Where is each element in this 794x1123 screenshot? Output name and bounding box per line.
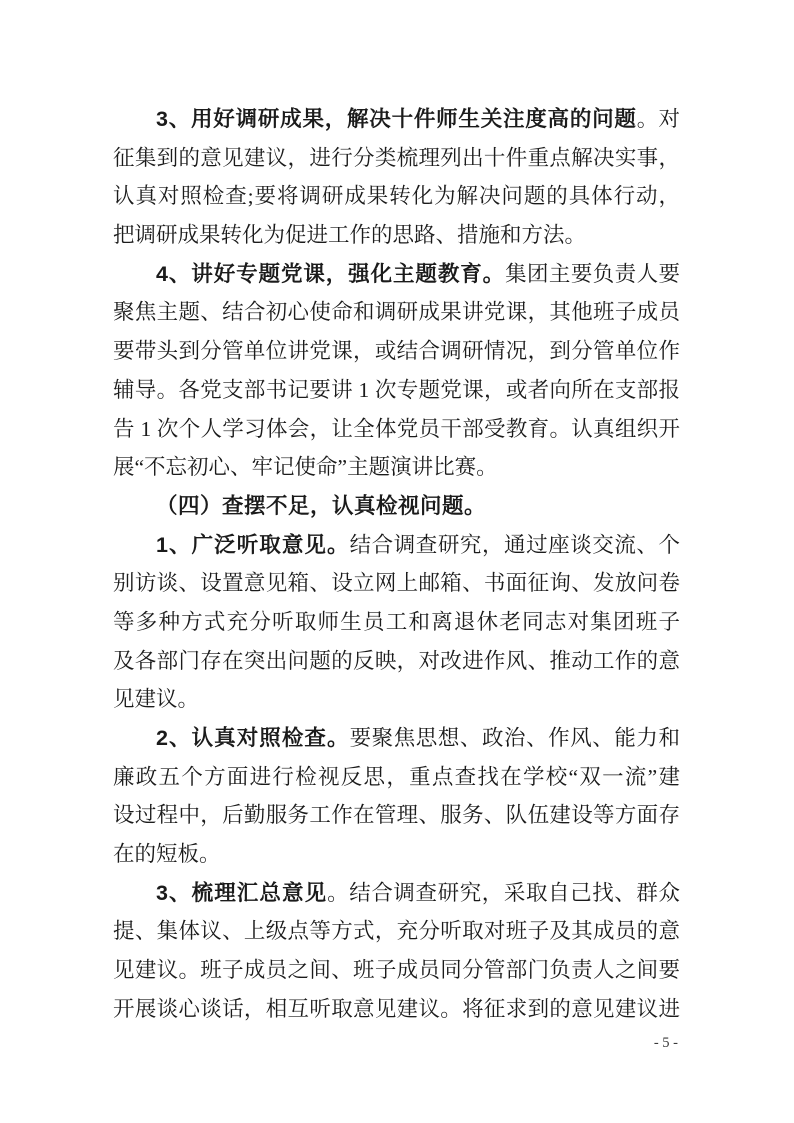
text-line: 征集到的意见建议，进行分类梳理列出十件重点解决实事，	[113, 139, 680, 178]
text-segment-bold: 4、讲好专题党课，强化主题教育。	[156, 262, 505, 286]
text-segment: 在的短板。	[113, 842, 221, 866]
paragraph: 1、广泛听取意见。结合调查研究，通过座谈交流、个别访谈、设置意见箱、设立网上邮箱…	[113, 526, 680, 719]
text-segment: 要带头到分管单位讲党课，或结合调研情况，到分管单位作	[113, 339, 680, 363]
text-line: 4、讲好专题党课，强化主题教育。集团主要负责人要	[113, 255, 680, 294]
text-segment: 集团主要负责人要	[505, 262, 680, 286]
text-segment: 见建议。	[113, 687, 199, 711]
text-line: 认真对照检查;要将调研成果转化为解决问题的具体行动，	[113, 177, 680, 216]
text-segment: 别访谈、设置意见箱、设立网上邮箱、书面征询、发放问卷	[113, 571, 680, 595]
text-line: 在的短板。	[113, 835, 680, 874]
document-body: 3、用好调研成果，解决十件师生关注度高的问题。对征集到的意见建议，进行分类梳理列…	[113, 100, 680, 1029]
text-line: 把调研成果转化为促进工作的思路、措施和方法。	[113, 216, 680, 255]
text-line: 2、认真对照检查。要聚焦思想、政治、作风、能力和	[113, 719, 680, 758]
text-segment: 把调研成果转化为促进工作的思路、措施和方法。	[113, 223, 586, 247]
text-segment: 见建议。班子成员之间、班子成员同分管部门负责人之间要	[113, 958, 680, 982]
text-line: 提、集体议、上级点等方式，充分听取对班子及其成员的意	[113, 912, 680, 951]
text-segment: 征集到的意见建议，进行分类梳理列出十件重点解决实事，	[113, 146, 680, 170]
text-line: 及各部门存在突出问题的反映，对改进作风、推动工作的意	[113, 642, 680, 681]
text-segment: 结合调查研究，通过座谈交流、个	[350, 533, 680, 557]
text-line: 见建议。	[113, 680, 680, 719]
text-line: 见建议。班子成员之间、班子成员同分管部门负责人之间要	[113, 951, 680, 990]
text-segment: 设过程中，后勤服务工作在管理、服务、队伍建设等方面存	[113, 803, 680, 827]
text-line: 等多种方式充分听取师生员工和离退休老同志对集团班子	[113, 603, 680, 642]
text-line: 展“不忘初心、牢记使命”主题演讲比赛。	[113, 448, 680, 487]
paragraph: 4、讲好专题党课，强化主题教育。集团主要负责人要聚焦主题、结合初心使命和调研成果…	[113, 255, 680, 487]
text-segment-bold: 3、梳理汇总意见	[156, 881, 327, 905]
text-segment: 认真对照检查;要将调研成果转化为解决问题的具体行动，	[113, 184, 680, 208]
text-segment-bold: （四）查摆不足，认真检视问题。	[156, 494, 486, 518]
text-segment: 要聚焦思想、政治、作风、能力和	[350, 726, 680, 750]
paragraph: 2、认真对照检查。要聚焦思想、政治、作风、能力和廉政五个方面进行检视反思，重点查…	[113, 719, 680, 874]
text-line: 要带头到分管单位讲党课，或结合调研情况，到分管单位作	[113, 332, 680, 371]
text-line: 3、用好调研成果，解决十件师生关注度高的问题。对	[113, 100, 680, 139]
text-segment: 廉政五个方面进行检视反思，重点查找在学校“双一流”建	[113, 765, 680, 789]
text-line: 开展谈心谈话，相互听取意见建议。将征求到的意见建议进	[113, 990, 680, 1029]
text-segment: 。结合调查研究，采取自己找、群众	[327, 881, 680, 905]
text-line: 设过程中，后勤服务工作在管理、服务、队伍建设等方面存	[113, 796, 680, 835]
text-segment-bold: 1、广泛听取意见。	[156, 533, 350, 557]
text-line: 别访谈、设置意见箱、设立网上邮箱、书面征询、发放问卷	[113, 564, 680, 603]
text-segment: 告 1 次个人学习体会，让全体党员干部受教育。认真组织开	[113, 417, 680, 441]
text-segment: 展“不忘初心、牢记使命”主题演讲比赛。	[113, 455, 498, 479]
paragraph: 3、用好调研成果，解决十件师生关注度高的问题。对征集到的意见建议，进行分类梳理列…	[113, 100, 680, 255]
text-line: 辅导。各党支部书记要讲 1 次专题党课，或者向所在支部报	[113, 371, 680, 410]
text-segment: 辅导。各党支部书记要讲 1 次专题党课，或者向所在支部报	[113, 378, 680, 402]
paragraph: （四）查摆不足，认真检视问题。	[113, 487, 680, 526]
text-line: 告 1 次个人学习体会，让全体党员干部受教育。认真组织开	[113, 410, 680, 449]
text-segment: 。对	[637, 107, 680, 131]
text-line: 聚焦主题、结合初心使命和调研成果讲党课，其他班子成员	[113, 293, 680, 332]
document-page: 3、用好调研成果，解决十件师生关注度高的问题。对征集到的意见建议，进行分类梳理列…	[0, 0, 794, 1123]
text-line: 廉政五个方面进行检视反思，重点查找在学校“双一流”建	[113, 758, 680, 797]
text-segment: 开展谈心谈话，相互听取意见建议。将征求到的意见建议进	[113, 997, 680, 1021]
text-segment-bold: 3、用好调研成果，解决十件师生关注度高的问题	[156, 107, 637, 131]
text-line: 3、梳理汇总意见。结合调查研究，采取自己找、群众	[113, 874, 680, 913]
text-line: 1、广泛听取意见。结合调查研究，通过座谈交流、个	[113, 526, 680, 565]
text-segment: 提、集体议、上级点等方式，充分听取对班子及其成员的意	[113, 919, 680, 943]
text-segment: 聚焦主题、结合初心使命和调研成果讲党课，其他班子成员	[113, 300, 680, 324]
text-segment-bold: 2、认真对照检查。	[156, 726, 350, 750]
paragraph: 3、梳理汇总意见。结合调查研究，采取自己找、群众提、集体议、上级点等方式，充分听…	[113, 874, 680, 1029]
text-segment: 及各部门存在突出问题的反映，对改进作风、推动工作的意	[113, 649, 680, 673]
text-segment: 等多种方式充分听取师生员工和离退休老同志对集团班子	[113, 610, 680, 634]
page-number: - 5 -	[654, 1035, 678, 1052]
text-line: （四）查摆不足，认真检视问题。	[113, 487, 680, 526]
